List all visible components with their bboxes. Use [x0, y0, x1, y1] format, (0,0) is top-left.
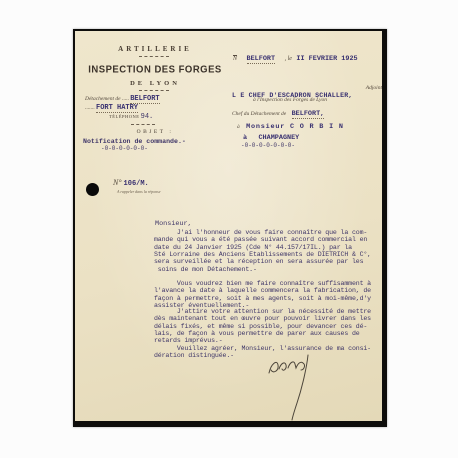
recipient-line3-value: BELFORT, [292, 110, 325, 119]
fort-dots: ....... [85, 105, 95, 111]
recipient-line5: à CHAMPAGNEY [243, 134, 299, 142]
objet-value: Notification de commande.- [83, 138, 186, 145]
recipient-line5-prefix: à [243, 134, 247, 142]
dateline-le-label: , le [285, 56, 292, 62]
letterhead-rule-3 [131, 124, 155, 125]
fort-value: FORT HATRY [96, 104, 138, 113]
letterhead-subtitle: DE LYON [93, 80, 217, 87]
reference-note: A rappeler dans la réponse [117, 189, 160, 194]
body-paragraph-1: J'ai l'honneur de vous faire connaître q… [154, 229, 371, 273]
telephone-label: TÉLÉPHONE [109, 114, 140, 119]
recipient-line3: Chef du Détachement de BELFORT, [232, 110, 324, 118]
telephone-line: TÉLÉPHONE 94. [109, 113, 209, 121]
recipient-line5-value: CHAMPAGNEY [258, 134, 299, 142]
reference-label: N° [113, 178, 122, 187]
letterhead-rule-1 [139, 56, 169, 57]
recipient-line2: à l'Inspection des Forges de Lyon [253, 97, 327, 103]
reference-value: 106/M. [124, 180, 149, 188]
recipient-line4: à Monsieur C O R B I N [237, 123, 344, 131]
fort-line: ....... FORT HATRY [85, 104, 225, 112]
punch-hole [86, 183, 99, 196]
recipient-adjoint: Adjoint [366, 85, 382, 91]
photo-background: ARTILLERIE INSPECTION DES FORGES DE LYON… [0, 0, 458, 458]
letter-document: ARTILLERIE INSPECTION DES FORGES DE LYON… [73, 29, 387, 427]
recipient-separator: -0-0-0-0-0-0-0- [241, 142, 295, 149]
body-paragraph-2: Vous voudrez bien me faire connaître suf… [154, 280, 371, 309]
detachement-line: Détachement de ..... BELFORT [85, 95, 225, 103]
detachement-value: BELFORT [130, 95, 159, 104]
objet-separator: -0-0-0-0-0-0- [101, 145, 148, 152]
dateline-date: II FEVRIER 1925 [296, 55, 357, 63]
handwritten-signature [263, 351, 329, 423]
salutation: Monsieur, [155, 220, 192, 228]
recipient-line3-label: Chef du Détachement de [232, 111, 286, 117]
dateline-place: BELFORT [247, 55, 276, 64]
letterhead-rule-2 [139, 90, 169, 91]
recipient-line4-value: Monsieur C O R B I N [246, 123, 344, 131]
detachement-dots: ..... [122, 96, 129, 102]
detachement-label: Détachement de [85, 96, 121, 102]
letterhead-title: INSPECTION DES FORGES [77, 63, 233, 75]
reference-line: N° 106/M. [113, 178, 149, 188]
dateline-n-label: N [233, 56, 237, 62]
letterhead-service: ARTILLERIE [93, 45, 217, 53]
objet-label: OBJET : [93, 129, 217, 135]
body-paragraph-3: J'attire votre attention sur la nécessit… [154, 308, 371, 345]
dateline: N BELFORT , le II FEVRIER 1925 [233, 55, 383, 63]
recipient-line4-prefix: à [237, 124, 240, 130]
telephone-value: 94. [141, 113, 154, 121]
